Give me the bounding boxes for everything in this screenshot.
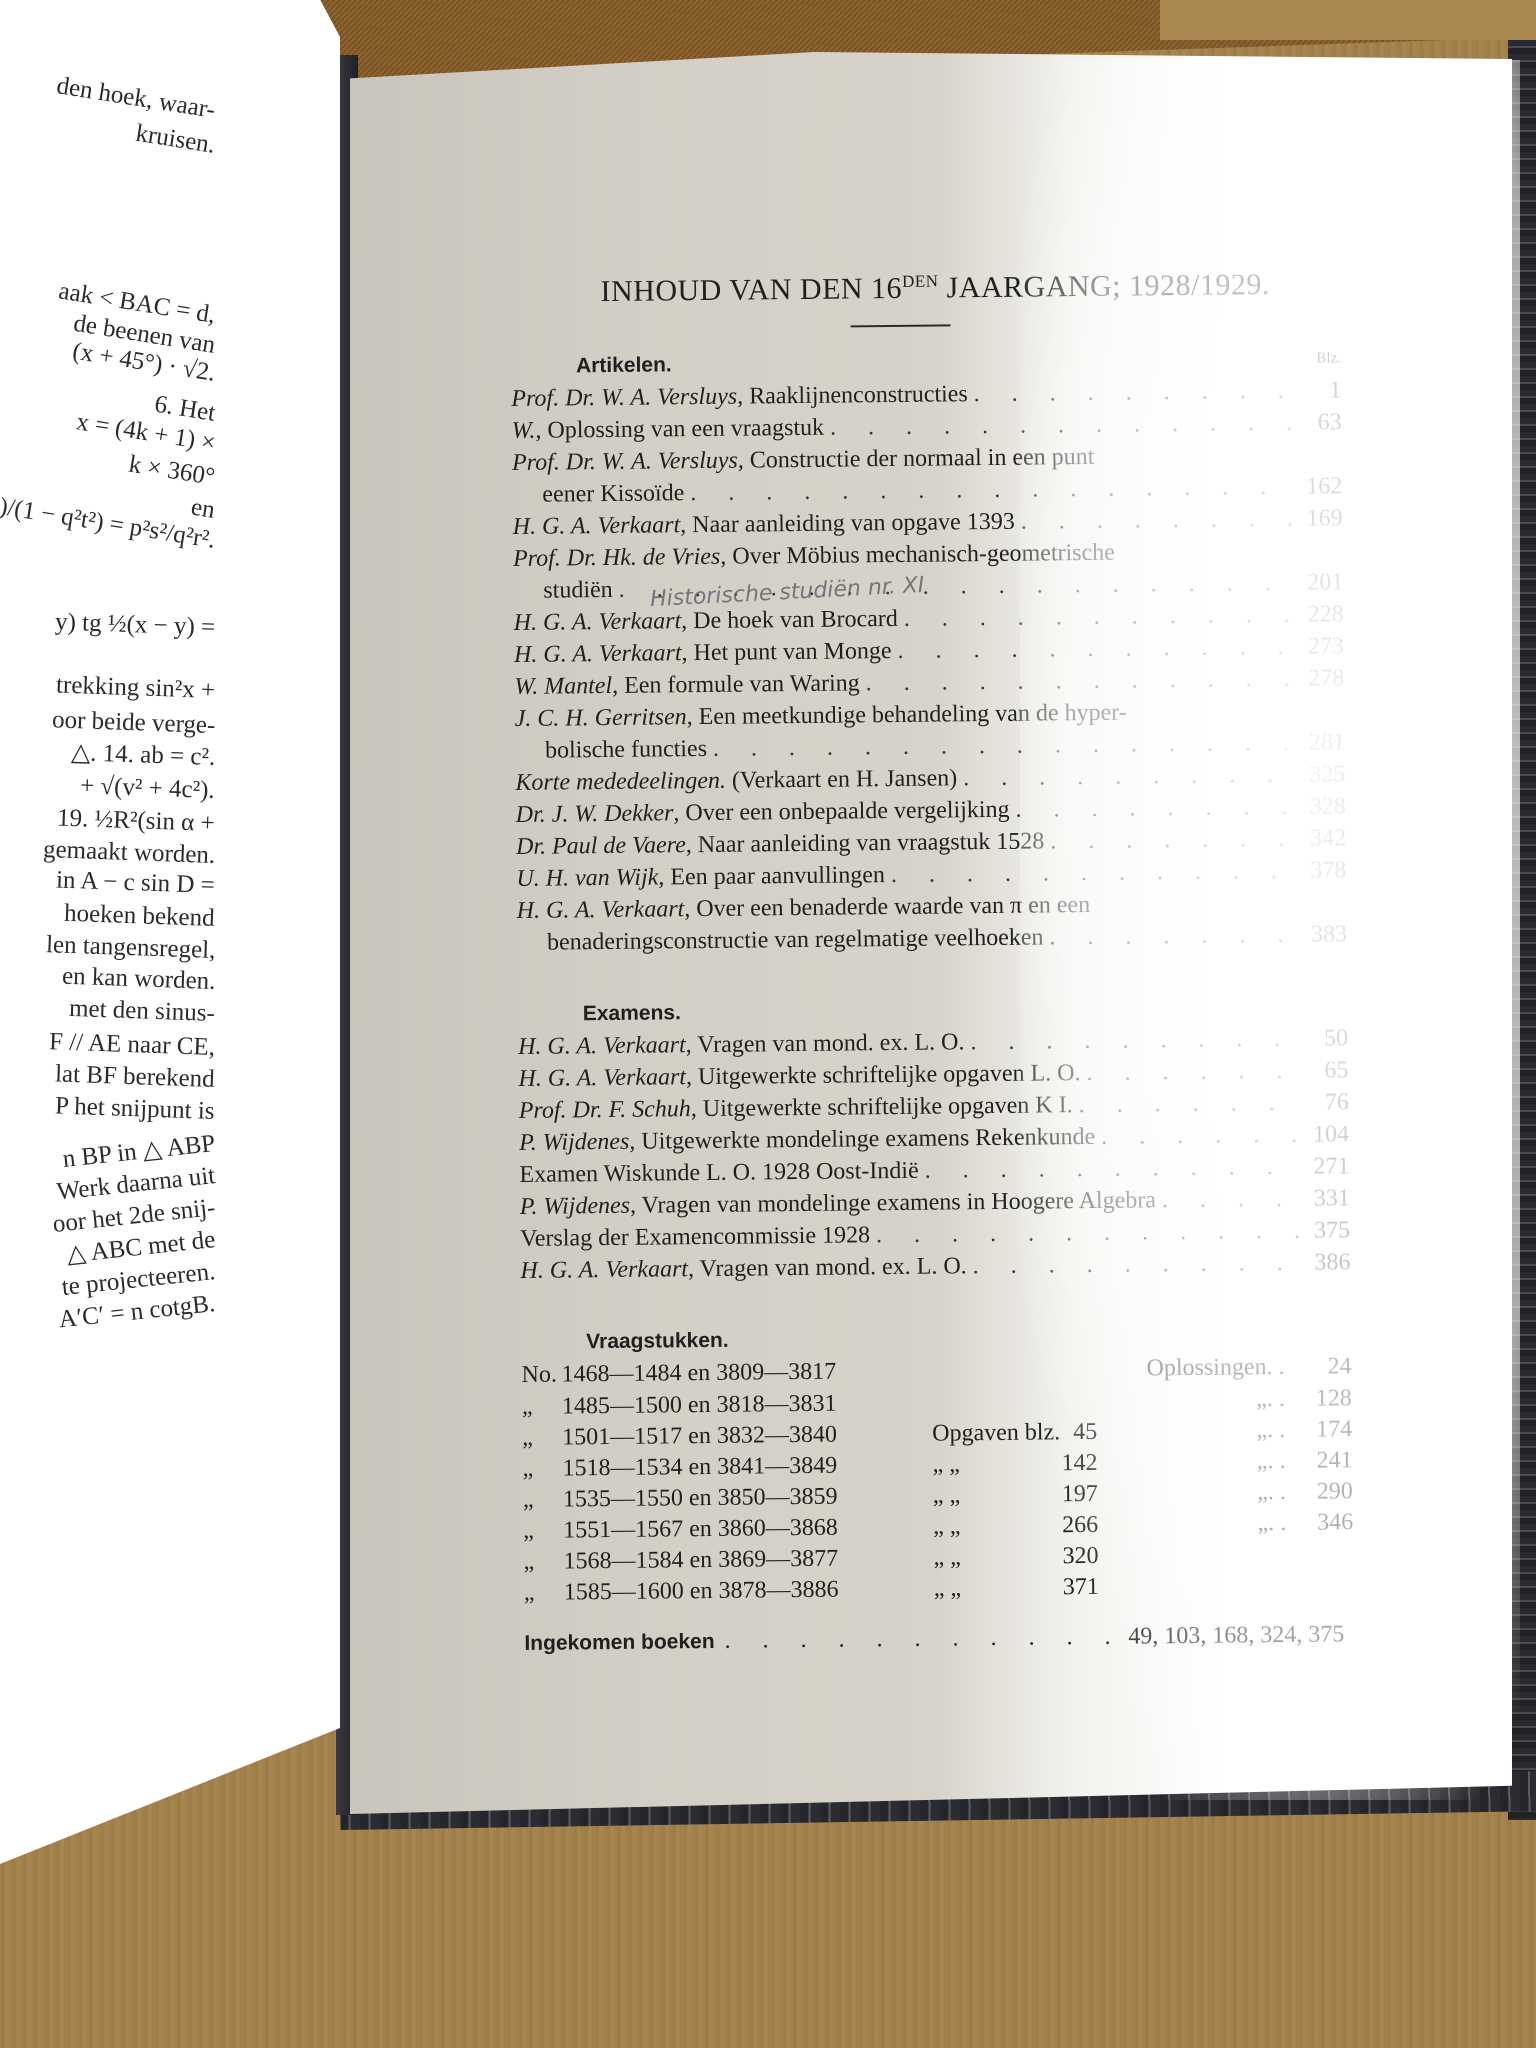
number-range: 1485—1500 en 3818—3831: [562, 1387, 932, 1423]
left-page-line: + √(v² + 4c²).: [80, 770, 216, 806]
left-page-line: hoeken bekend: [64, 898, 216, 934]
oplossingen-label: [1099, 1561, 1269, 1563]
artikelen-list: Prof. Dr. W. A. Versluys, Raaklijnencons…: [511, 374, 1347, 959]
leader-dots: [1015, 791, 1299, 826]
opgaven-label: „ „: [933, 1541, 1003, 1574]
leader-dots: [1078, 1087, 1302, 1121]
page-title: INHOUD VAN DEN 16DEN JAARGANG; 1928/1929…: [530, 261, 1340, 308]
left-page-line: met den sinus-: [69, 993, 216, 1029]
opgaven-label: [932, 1409, 1002, 1410]
page-number: 63: [1301, 406, 1341, 438]
opgaven-page: [1002, 1408, 1097, 1409]
page-number: 378: [1306, 854, 1346, 886]
left-page-line: den hoek, waar-: [55, 70, 218, 126]
entry-text: H. G. A. Verkaart, Naar aanleiding van o…: [513, 506, 1015, 543]
leader-dots: [1021, 503, 1297, 538]
entry-text: W. Mantel, Een formule van Waring: [514, 667, 860, 703]
entry-text: benaderingsconstructie van regelmatige v…: [547, 921, 1044, 958]
left-page-line: △. 14. ab = c².: [70, 737, 215, 773]
number-range: 1551—1567 en 3860—3868: [563, 1511, 933, 1547]
opgaven-page: 320: [1003, 1540, 1098, 1573]
examens-list: H. G. A. Verkaart, Vragen van mond. ex. …: [518, 1022, 1351, 1287]
leader-dots: [891, 855, 1301, 891]
leader-dots: [1086, 1055, 1302, 1089]
leader-dots: . .: [1268, 1507, 1308, 1539]
prefix: „: [522, 1453, 562, 1485]
oplossingen-page: 24: [1306, 1350, 1351, 1382]
entry-text: eener Kissoïde: [542, 477, 684, 510]
page-number: 342: [1306, 822, 1346, 854]
leader-dots: [724, 1621, 1118, 1657]
number-range: 1468—1484 en 3809—3817: [561, 1355, 931, 1391]
entry-text: Dr. J. W. Dekker, Over een onbepaalde ve…: [516, 794, 1010, 831]
opgaven-label: „ „: [934, 1572, 1004, 1605]
entry-text: W., Oplossing van een vraagstuk: [512, 412, 825, 447]
opgaven-page: 197: [1003, 1478, 1098, 1511]
prefix: „: [523, 1546, 563, 1578]
leader-dots: . .: [1268, 1476, 1308, 1508]
oplossingen-page: 290: [1308, 1475, 1353, 1507]
page-number: 328: [1305, 790, 1345, 822]
page-number: 331: [1310, 1182, 1350, 1214]
oplossingen-label: „: [1097, 1445, 1267, 1479]
left-page-line: lat BF berekend: [55, 1058, 216, 1095]
leader-dots: [1162, 1183, 1304, 1216]
page-number: 273: [1304, 630, 1344, 662]
leader-dots: [866, 663, 1299, 700]
opgaven-page: 45: [1002, 1416, 1097, 1449]
entry-text: U. H. van Wijk, Een paar aanvullingen: [516, 859, 885, 895]
leader-dots: [970, 1023, 1302, 1058]
left-page-line: en kan worden.: [61, 961, 215, 997]
opgaven-page: 266: [1003, 1509, 1098, 1542]
table-top-right: [1160, 0, 1536, 40]
page-number: 201: [1303, 566, 1343, 598]
page-number: 386: [1310, 1246, 1350, 1278]
entry-text: bolische functies: [545, 733, 707, 767]
oplossingen-page: 346: [1308, 1506, 1353, 1538]
left-page-line: P het snijpunt is: [55, 1090, 216, 1127]
left-page-line: oor beide verge-: [51, 704, 215, 741]
opgaven-label: „ „: [933, 1510, 1003, 1543]
prefix: „: [523, 1515, 563, 1547]
opgaven-page: 371: [1004, 1571, 1099, 1604]
entry-text: Examen Wiskunde L. O. 1928 Oost-Indië: [519, 1155, 919, 1191]
opgaven-label: „ „: [932, 1448, 1002, 1481]
entry-text: H. G. A. Verkaart, Vragen van mond. ex. …: [518, 1026, 965, 1063]
number-range: 1501—1517 en 3832—3840: [562, 1418, 932, 1454]
title-rule: [851, 324, 951, 327]
page-number: 228: [1303, 598, 1343, 630]
entry-text: studiën: [543, 574, 613, 607]
opgaven-page: [1002, 1376, 1097, 1377]
leader-dots: [830, 407, 1296, 444]
opgaven-label: Opgaven blz.: [932, 1417, 1002, 1450]
number-range: 1518—1534 en 3841—3849: [562, 1449, 932, 1485]
oplossingen-label: „: [1098, 1476, 1268, 1510]
leader-dots: . .: [1266, 1351, 1306, 1383]
number-range: 1568—1584 en 3869—3877: [563, 1542, 933, 1578]
leader-dots: [897, 631, 1298, 667]
opgaven-label: „ „: [933, 1479, 1003, 1512]
leader-dots: [1049, 919, 1301, 954]
oplossingen-page: 241: [1307, 1444, 1352, 1476]
left-page-line: in A − c sin D =: [56, 864, 216, 901]
oplossingen-label: „: [1097, 1383, 1267, 1417]
page-number: 76: [1309, 1086, 1349, 1118]
page-number: 325: [1305, 758, 1345, 790]
prefix: No.: [521, 1359, 561, 1391]
opgaven-label: [932, 1377, 1002, 1378]
oplossingen-label: „: [1098, 1507, 1268, 1541]
page-number: 104: [1309, 1118, 1349, 1150]
prefix: „: [524, 1577, 564, 1609]
entry-text: H. G. A. Verkaart, Het punt van Monge: [514, 635, 892, 671]
leader-dots: . .: [1267, 1383, 1307, 1415]
leader-dots: [924, 1151, 1303, 1187]
page-number: 162: [1302, 470, 1342, 502]
leader-dots: [1050, 823, 1300, 858]
page-number: 65: [1308, 1054, 1348, 1086]
left-page-line: 19. ½R²(sin α +: [57, 803, 216, 839]
page-number: 281: [1305, 726, 1345, 758]
left-page: den hoek, waar-kruisen.aak < BAC = d,de …: [0, 0, 340, 1880]
page-number: 169: [1302, 502, 1342, 534]
table-of-contents: INHOUD VAN DEN 16DEN JAARGANG; 1928/1929…: [510, 261, 1355, 1660]
entry-text: H. G. A. Verkaart, Vragen van mond. ex. …: [520, 1250, 967, 1287]
leader-dots: . .: [1267, 1414, 1307, 1446]
number-range: 1585—1600 en 3878—3886: [564, 1573, 934, 1609]
leader-dots: [904, 599, 1298, 635]
prefix: „: [522, 1422, 562, 1454]
left-page-line: F // AE naar CE,: [49, 1026, 216, 1063]
page-number: 1: [1301, 374, 1341, 406]
oplossingen-page: 128: [1307, 1382, 1352, 1414]
number-range: 1535—1550 en 3850—3859: [563, 1480, 933, 1516]
leader-dots: [876, 1215, 1304, 1251]
oplossingen-page: 174: [1307, 1413, 1352, 1445]
leader-dots: [973, 1247, 1305, 1282]
oplossingen-label: Oplossingen: [1096, 1351, 1266, 1385]
prefix: „: [523, 1484, 563, 1516]
page-number: 383: [1307, 918, 1347, 950]
entry-text: Korte mededeelingen. (Verkaart en H. Jan…: [515, 762, 957, 799]
page-number: 271: [1309, 1150, 1349, 1182]
leader-dots: [963, 759, 1299, 795]
leader-dots: . .: [1267, 1445, 1307, 1477]
leader-dots: [1101, 1119, 1303, 1153]
leader-dots: [974, 375, 1296, 410]
entry-text: Prof. Dr. W. A. Versluys, Raaklijnencons…: [511, 378, 968, 415]
oplossingen-label: [1099, 1592, 1269, 1594]
left-page-line: trekking sin²x +: [55, 669, 215, 706]
page-number: 278: [1304, 662, 1344, 694]
entry-text: Verslag der Examencommissie 1928: [520, 1219, 870, 1255]
oplossingen-label: „: [1097, 1414, 1267, 1448]
opgaven-page: 142: [1002, 1447, 1097, 1480]
vraagstukken-table: No.1468—1484 en 3809—3817Oplossingen. .2…: [521, 1350, 1354, 1609]
prefix: „: [522, 1391, 562, 1423]
page-number: 50: [1308, 1022, 1348, 1054]
left-page-line: y) tg ½(x − y) =: [54, 606, 215, 643]
page-number: 375: [1310, 1214, 1350, 1246]
marbled-board-edge: [1508, 40, 1536, 1820]
